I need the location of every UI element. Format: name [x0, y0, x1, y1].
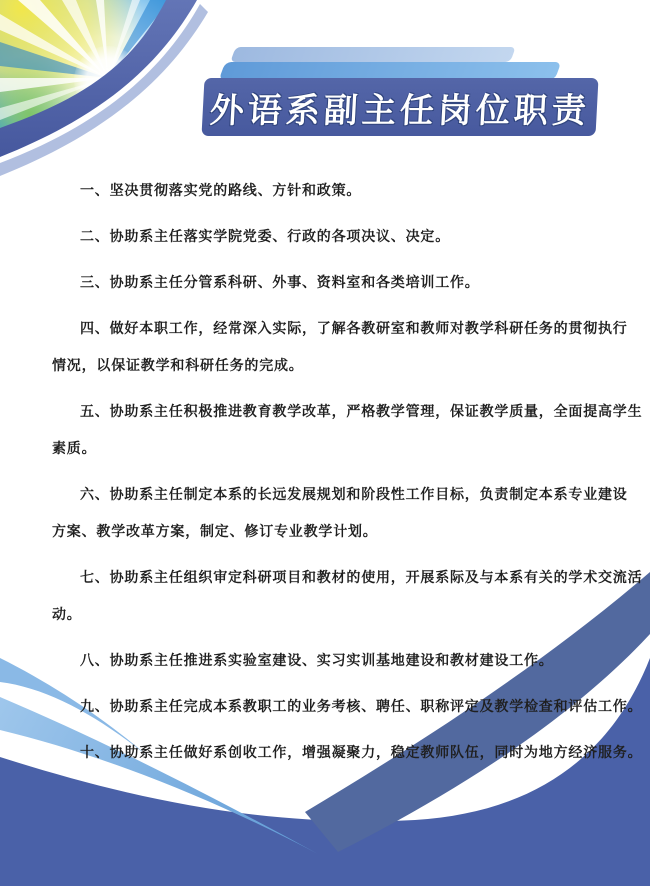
list-item: 九、协助系主任完成本系教职工的业务考核、聘任、职称评定及教学检查和评估工作。 — [52, 688, 612, 725]
banner-back-layer — [230, 47, 515, 62]
list-item: 八、协助系主任推进系实验室建设、实习实训基地建设和教材建设工作。 — [52, 642, 612, 679]
list-item-line: 九、协助系主任完成本系教职工的业务考核、聘任、职称评定及教学检查和评估工作。 — [52, 688, 612, 725]
list-item-line: 情况，以保证教学和科研任务的完成。 — [52, 347, 612, 384]
list-item: 四、做好本职工作，经常深入实际，了解各教研室和教师对教学科研任务的贯彻执行 情况… — [52, 310, 612, 384]
list-item-line: 三、协助系主任分管系科研、外事、资料室和各类培训工作。 — [52, 264, 612, 301]
list-item-line: 五、协助系主任积极推进教育教学改革，严格教学管理，保证教学质量，全面提高学生 — [52, 393, 612, 430]
title-banner: 外语系副主任岗位职责 — [201, 78, 598, 136]
list-item: 七、协助系主任组织审定科研项目和教材的使用，开展系际及与本系有关的学术交流活 动… — [52, 559, 612, 633]
list-item: 六、协助系主任制定本系的长远发展规划和阶段性工作目标，负责制定本系专业建设 方案… — [52, 476, 612, 550]
poster-page: 外语系副主任岗位职责 一、坚决贯彻落实党的路线、方针和政策。 二、协助系主任落实… — [0, 0, 650, 886]
list-item-line: 二、协助系主任落实学院党委、行政的各项决议、决定。 — [52, 218, 612, 255]
page-title: 外语系副主任岗位职责 — [209, 83, 592, 132]
list-item: 一、坚决贯彻落实党的路线、方针和政策。 — [52, 172, 612, 209]
list-item: 二、协助系主任落实学院党委、行政的各项决议、决定。 — [52, 218, 612, 255]
list-item-line: 六、协助系主任制定本系的长远发展规划和阶段性工作目标，负责制定本系专业建设 — [52, 476, 612, 513]
list-item-line: 七、协助系主任组织审定科研项目和教材的使用，开展系际及与本系有关的学术交流活 — [52, 559, 612, 596]
list-item-line: 四、做好本职工作，经常深入实际，了解各教研室和教师对教学科研任务的贯彻执行 — [52, 310, 612, 347]
list-item-line: 素质。 — [52, 430, 612, 467]
list-item-line: 一、坚决贯彻落实党的路线、方针和政策。 — [52, 172, 612, 209]
list-item-line: 八、协助系主任推进系实验室建设、实习实训基地建设和教材建设工作。 — [52, 642, 612, 679]
list-item-line: 方案、教学改革方案，制定、修订专业教学计划。 — [52, 513, 612, 550]
list-item: 十、协助系主任做好系创收工作，增强凝聚力，稳定教师队伍，同时为地方经济服务。 — [52, 734, 612, 771]
list-item: 五、协助系主任积极推进教育教学改革，严格教学管理，保证教学质量，全面提高学生 素… — [52, 393, 612, 467]
list-item-line: 动。 — [52, 596, 612, 633]
list-item-line: 十、协助系主任做好系创收工作，增强凝聚力，稳定教师队伍，同时为地方经济服务。 — [52, 734, 612, 771]
list-item: 三、协助系主任分管系科研、外事、资料室和各类培训工作。 — [52, 264, 612, 301]
responsibilities-list: 一、坚决贯彻落实党的路线、方针和政策。 二、协助系主任落实学院党委、行政的各项决… — [52, 172, 612, 780]
